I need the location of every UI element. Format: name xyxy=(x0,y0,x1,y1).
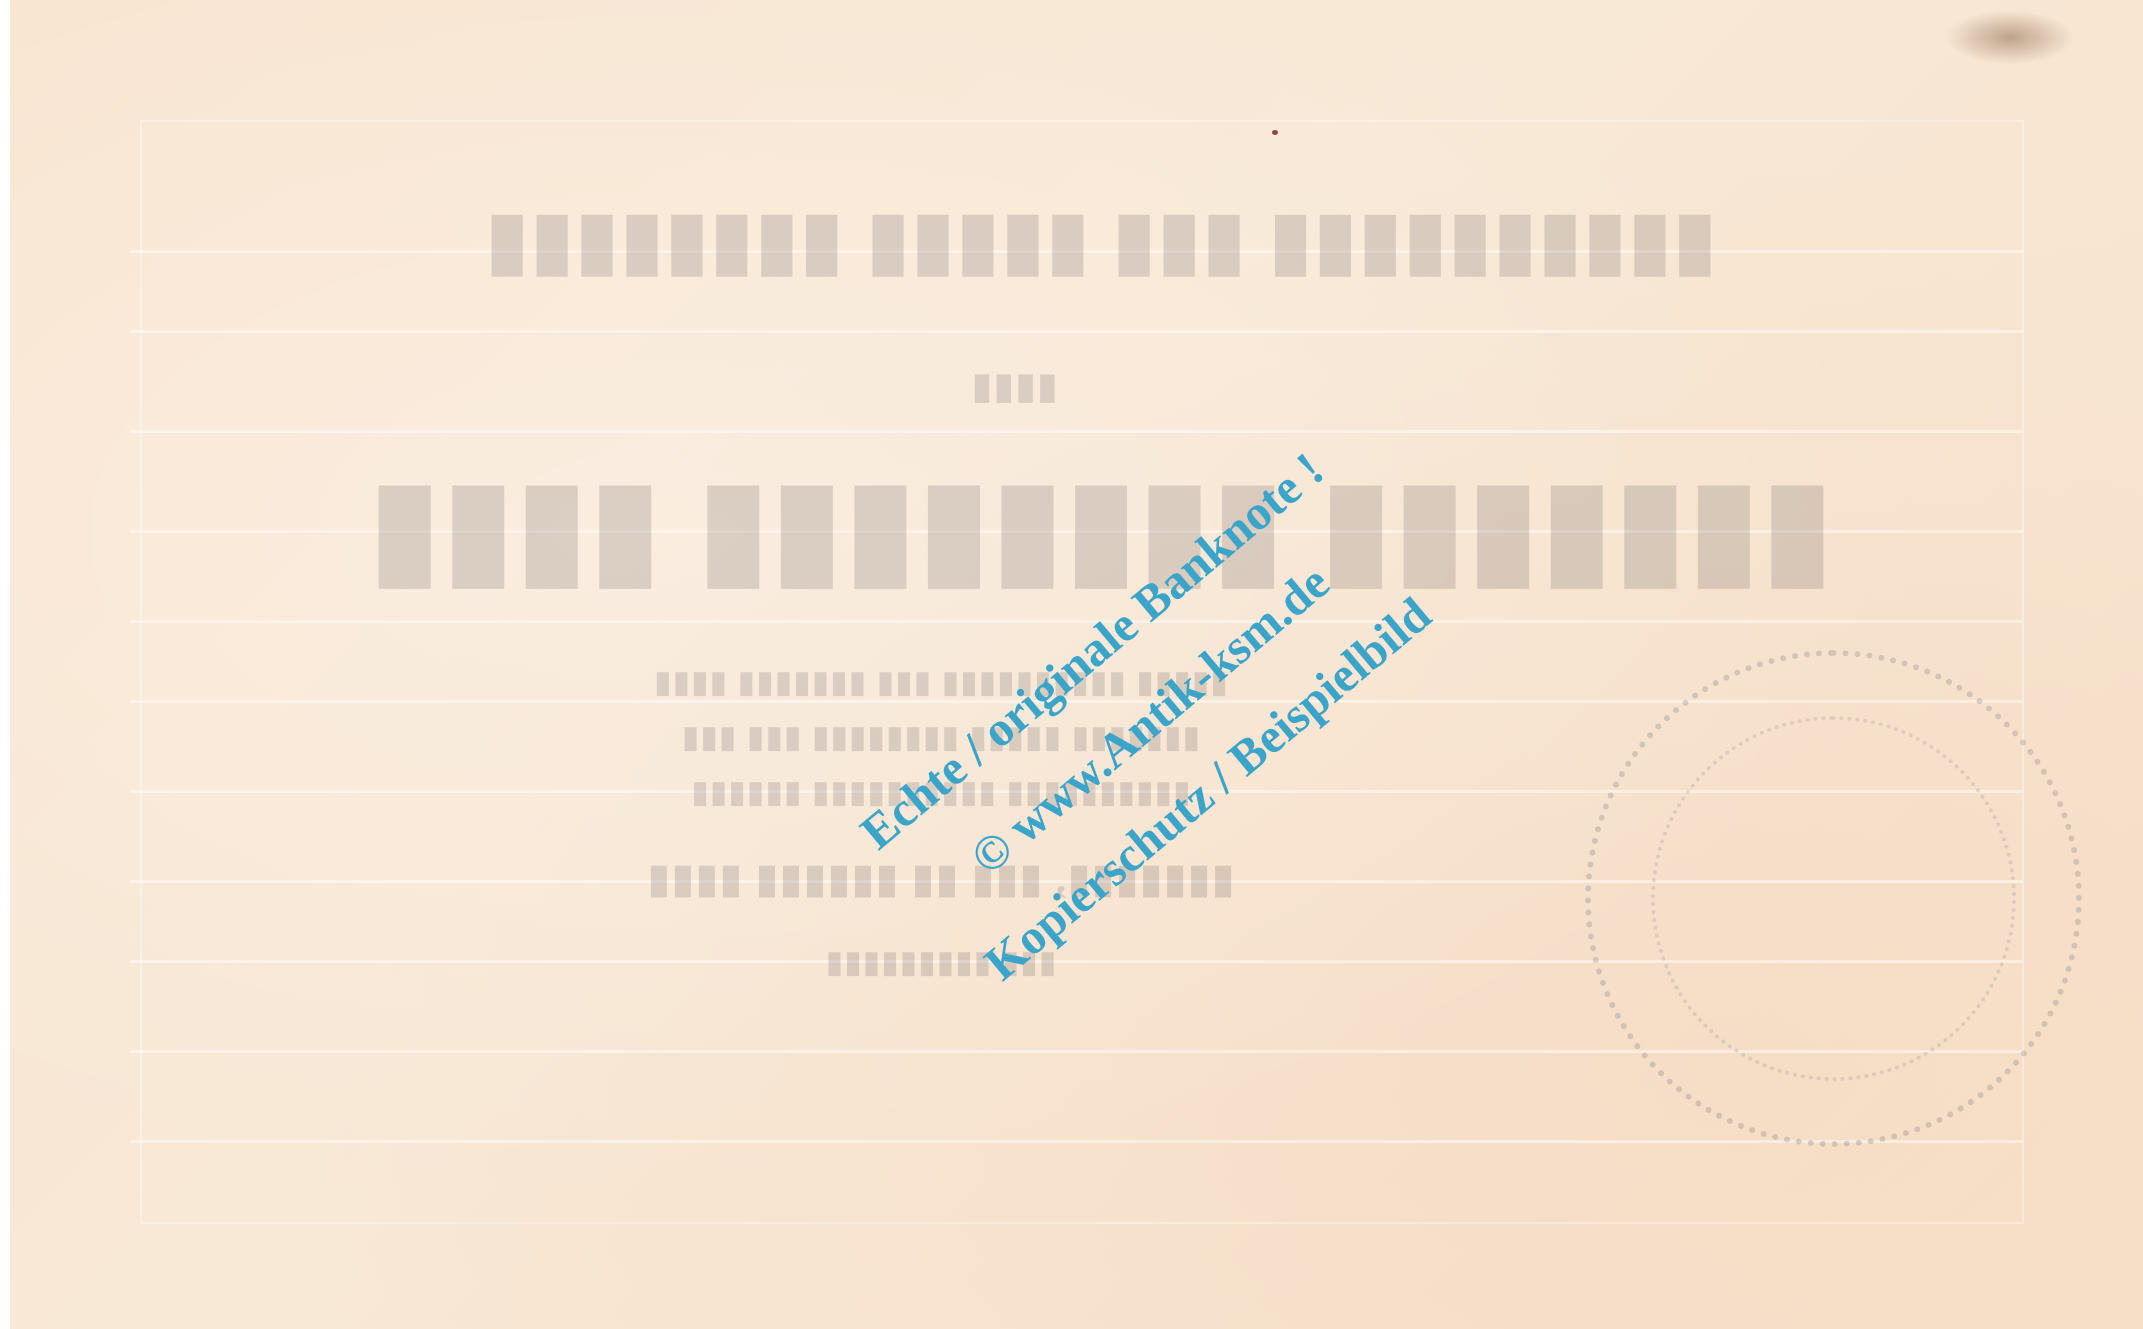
paper-line xyxy=(130,1140,2023,1143)
bleed-through-small-word: ▮▮▮▮ xyxy=(970,365,1057,407)
stamp-seal xyxy=(1585,650,2082,1147)
bleed-through-signature-title: ▮▮▮ ▮▮▮▮▮▮▮▮▮ xyxy=(490,945,1390,980)
speck-mark xyxy=(1272,130,1278,135)
paper-line xyxy=(130,430,2023,433)
stain-mark xyxy=(1945,10,2075,65)
bleed-through-heading: ▮▮▮▮▮▮▮▮▮▮ ▮▮▮ ▮▮▮▮▮ ▮▮▮▮▮▮▮▮ xyxy=(150,195,2050,285)
banknote-back: ▮▮▮▮▮▮▮▮▮▮ ▮▮▮ ▮▮▮▮▮ ▮▮▮▮▮▮▮▮ ▮▮▮▮ ▮▮▮▮▮… xyxy=(10,0,2143,1329)
stamp-inner-ring xyxy=(1651,716,2016,1081)
paper-line xyxy=(130,330,2023,333)
bleed-through-amount: ▮▮▮▮▮▮▮ ▮▮▮▮▮▮▮▮ ▮▮▮▮ xyxy=(210,450,1990,603)
